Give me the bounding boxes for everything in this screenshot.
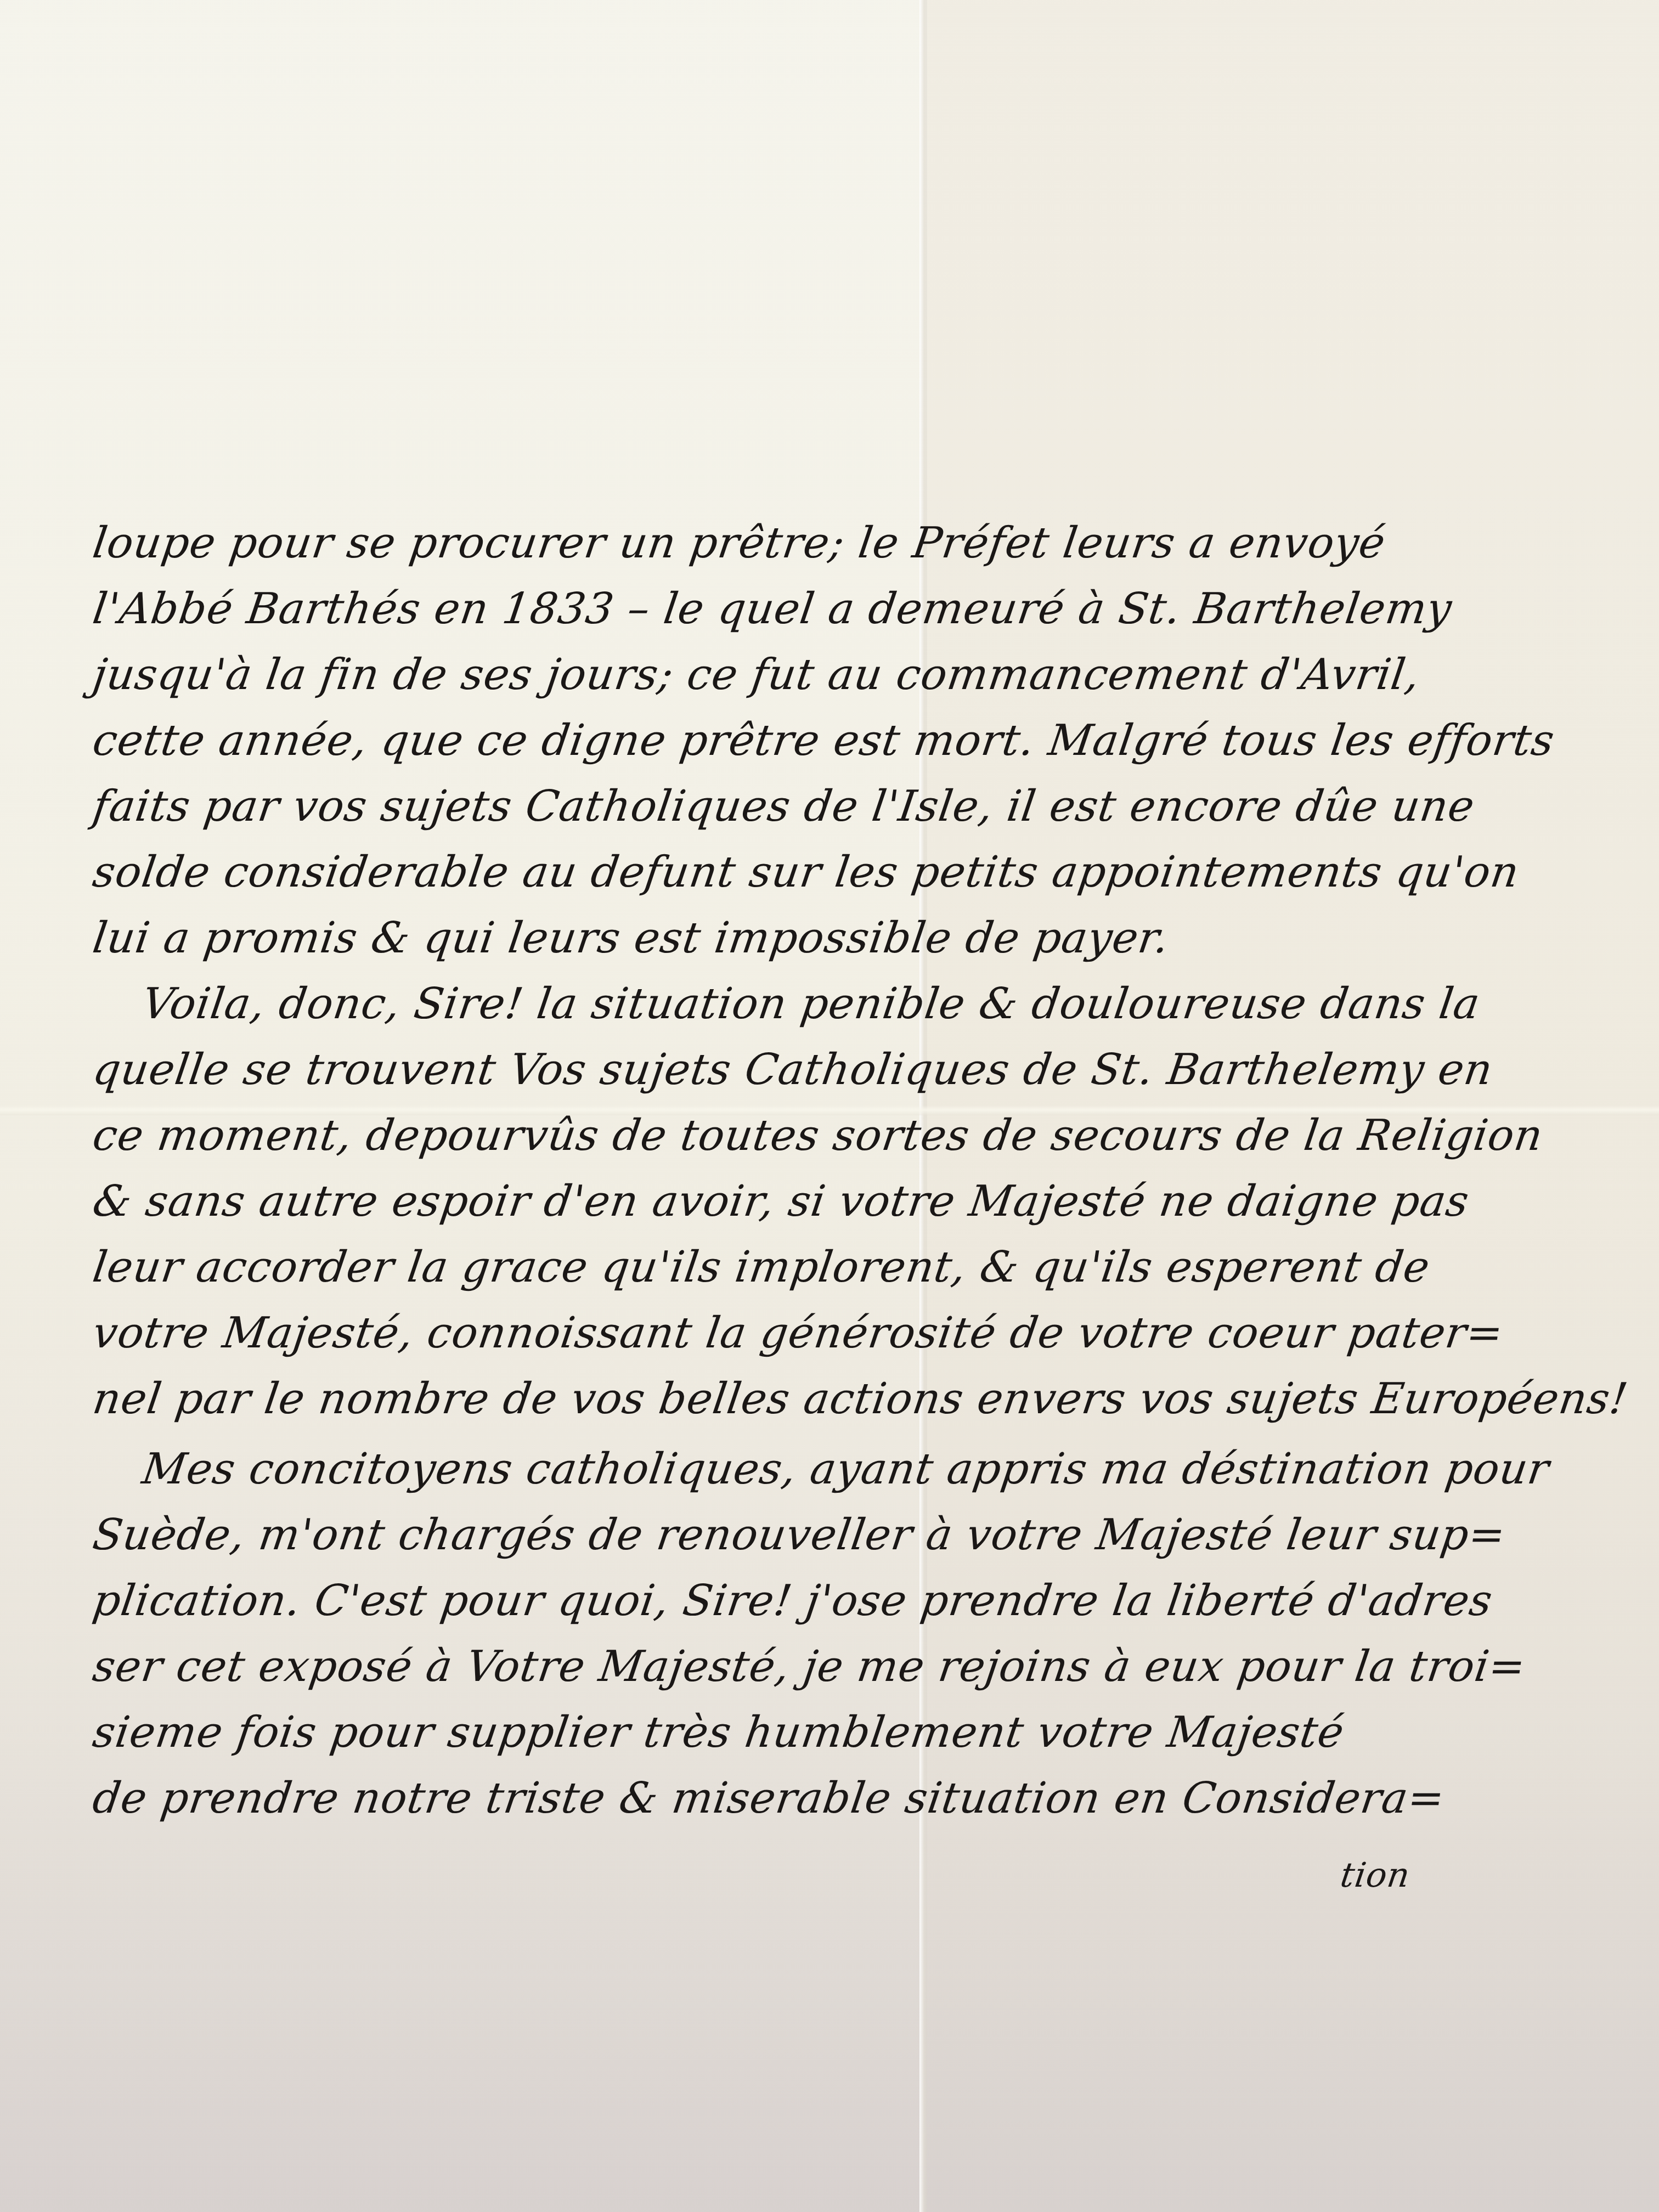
letter-line: faits par vos sujets Catholiques de l'Is… — [89, 774, 1623, 839]
letter-line: leur accorder la grace qu'ils implorent,… — [89, 1234, 1623, 1300]
letter-line: Suède, m'ont chargés de renouveller à vo… — [89, 1502, 1623, 1568]
letter-line: lui a promis & qui leurs est impossible … — [89, 905, 1623, 971]
paragraph-start-line: Voila, donc, Sire! la situation penible … — [89, 971, 1623, 1037]
catchword-continuation: tion — [89, 1842, 1623, 1908]
letter-line: l'Abbé Barthés en 1833 – le quel a demeu… — [89, 576, 1623, 642]
letter-line: de prendre notre triste & miserable situ… — [89, 1765, 1623, 1831]
letter-line: loupe pour se procurer un prêtre; le Pré… — [89, 510, 1623, 576]
letter-body: loupe pour se procurer un prêtre; le Pré… — [93, 510, 1618, 1908]
letter-line: nel par le nombre de vos belles actions … — [89, 1366, 1623, 1432]
letter-line: ser cet exposé à Votre Majesté, je me re… — [89, 1634, 1623, 1700]
letter-line: votre Majesté, connoissant la générosité… — [89, 1300, 1623, 1366]
letter-line: ce moment, depourvûs de toutes sortes de… — [89, 1103, 1623, 1169]
paragraph-start-line: Mes concitoyens catholiques, ayant appri… — [89, 1436, 1623, 1502]
letter-line: & sans autre espoir d'en avoir, si votre… — [89, 1169, 1623, 1234]
letter-line: cette année, que ce digne prêtre est mor… — [89, 708, 1623, 774]
letter-line: quelle se trouvent Vos sujets Catholique… — [89, 1037, 1623, 1103]
letter-line: sieme fois pour supplier très humblement… — [89, 1700, 1623, 1765]
letter-line: solde considerable au defunt sur les pet… — [89, 839, 1623, 905]
letter-line: jusqu'à la fin de ses jours; ce fut au c… — [89, 642, 1623, 708]
letter-line: plication. C'est pour quoi, Sire! j'ose … — [89, 1568, 1623, 1634]
